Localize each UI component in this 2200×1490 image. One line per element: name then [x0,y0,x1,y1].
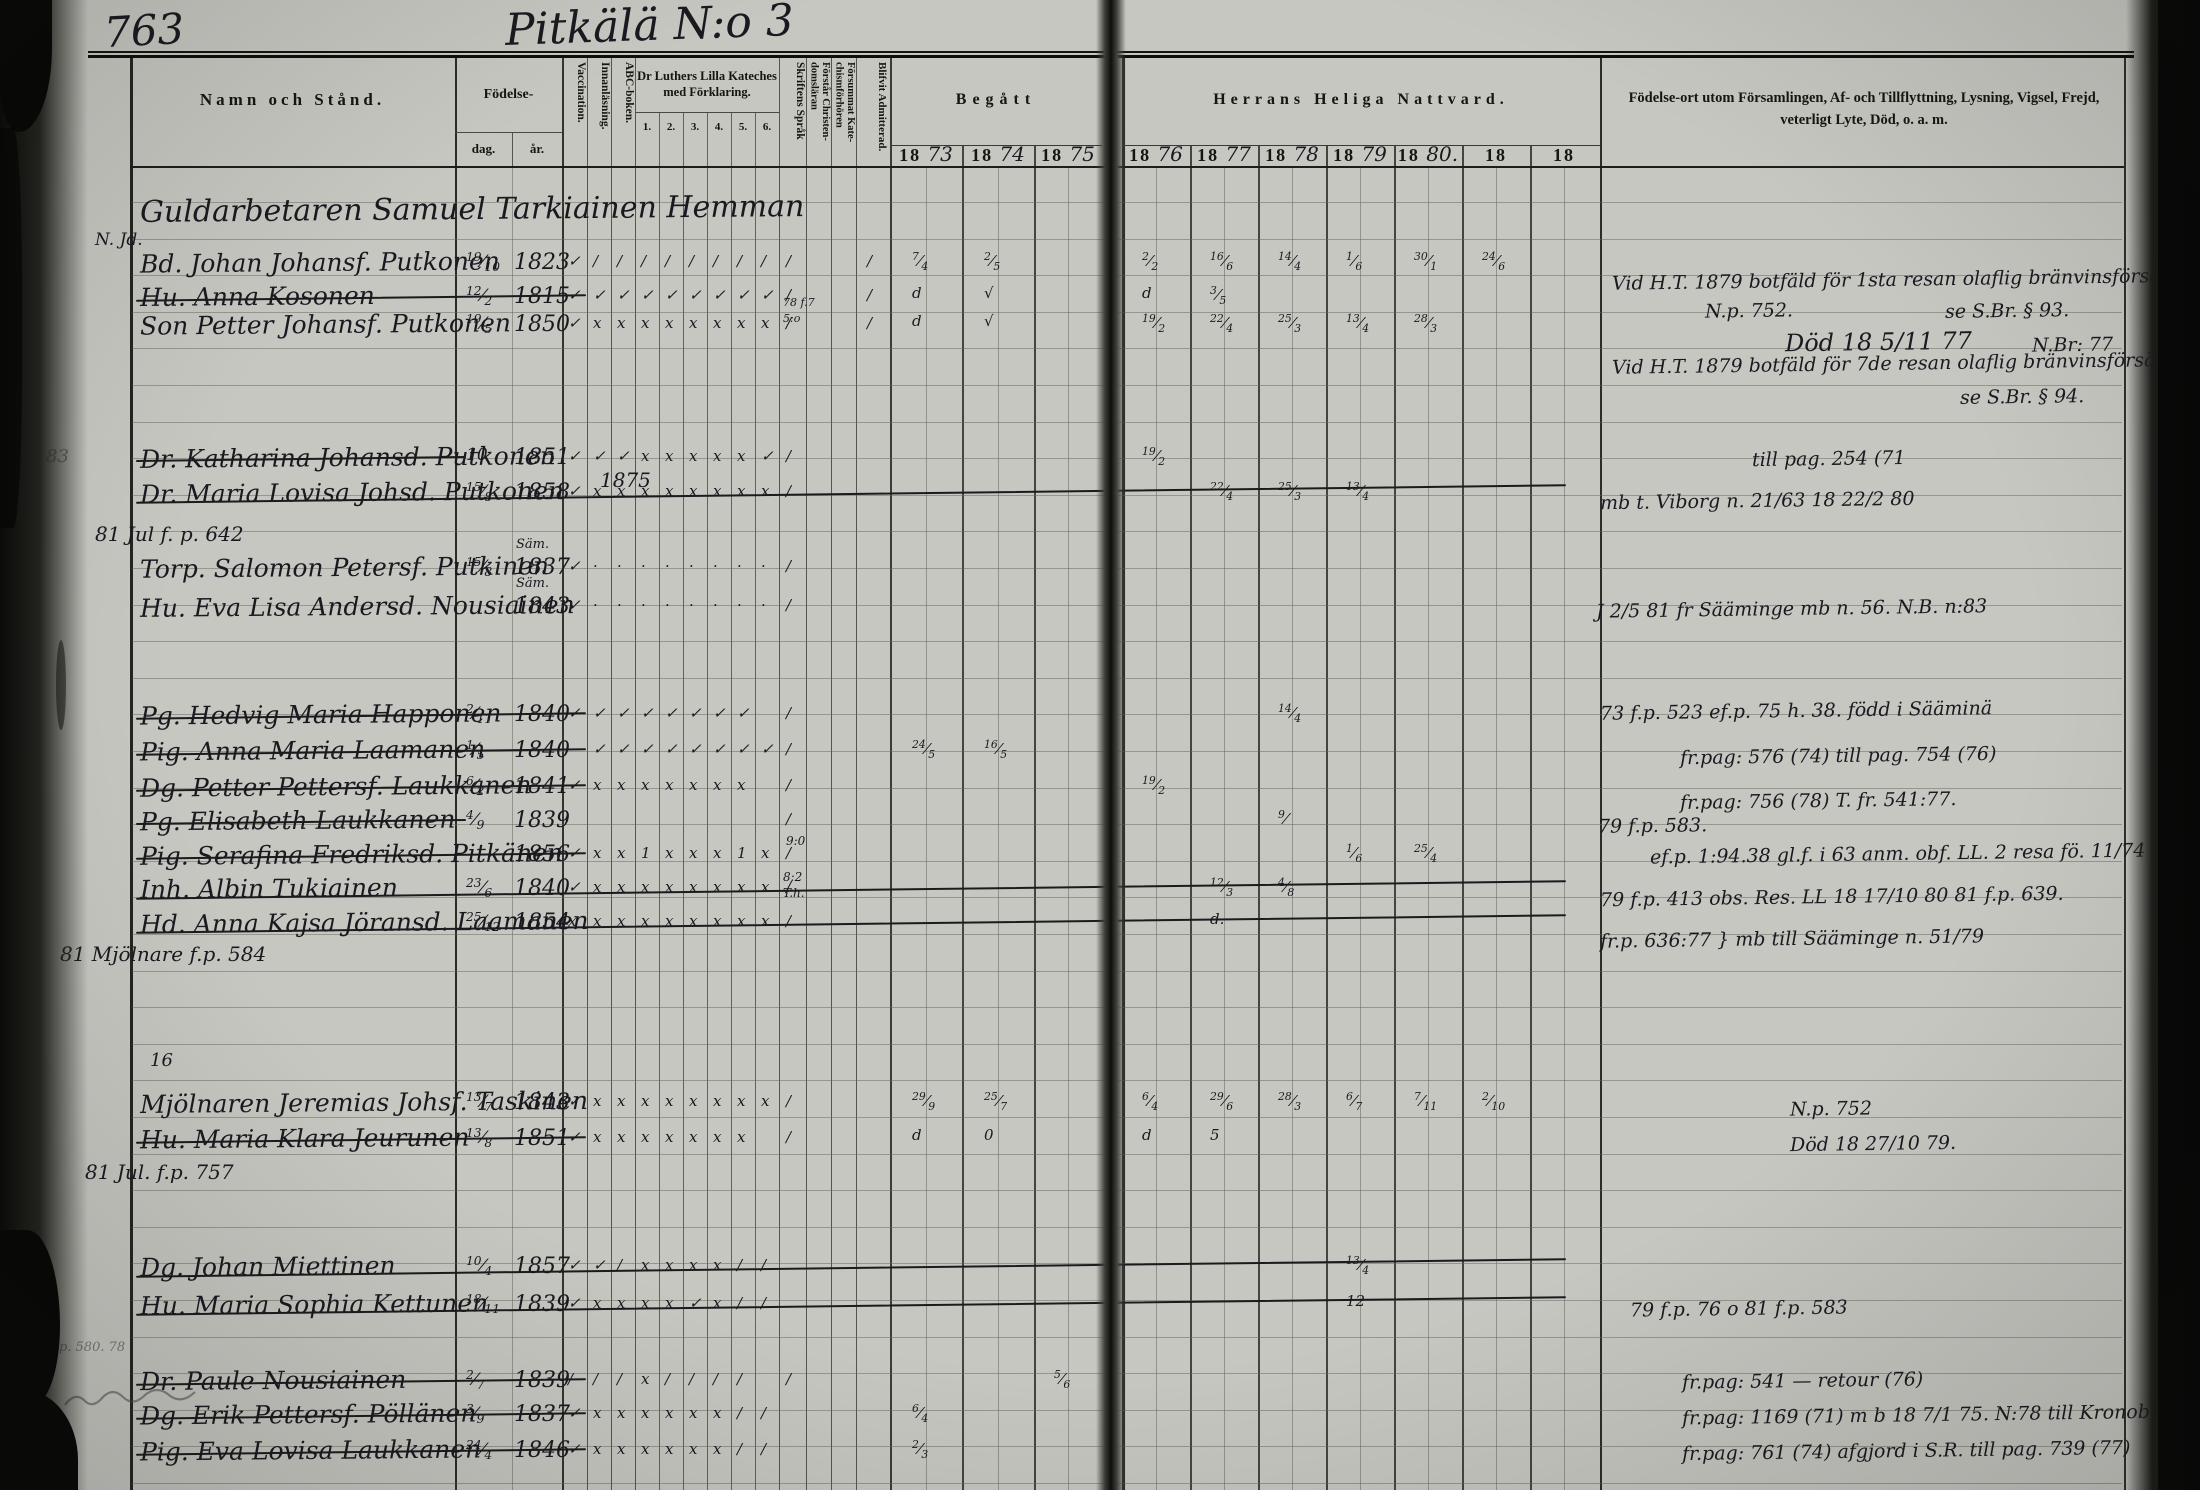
mark: x [665,482,673,500]
mark: x [689,1404,697,1422]
margin-note: 81 Mjölnare f.p. 584 [60,942,266,966]
mark: / [737,1256,742,1274]
row-name: Son Petter Johansf. Putkonen [140,308,511,340]
mark: ✓ [689,286,702,304]
mark: ✓ [761,740,774,758]
mark: x [641,1092,649,1110]
mark: x [665,844,673,862]
mark: / [867,314,872,332]
mark: x [713,482,721,500]
mark: x [737,447,745,465]
col-scripture-header: Skriftens Språk [782,62,806,166]
communion-entry: 0 [984,1126,994,1144]
grid-vline [1122,57,1125,1490]
margin-note: 81 Jul f. p. 642 [95,522,244,546]
birth-day: 15⁄8 [466,480,492,504]
year-handwritten-suffix: 80. [1420,142,1458,166]
mark: / [786,912,791,930]
grid-hline [132,1044,2122,1045]
mark: ✓ [568,447,581,465]
grid-hline [132,641,2122,642]
grid-vline [806,57,807,1490]
mark: x [593,844,601,862]
mark: / [786,557,791,575]
communion-entry: 25⁄4 [1414,842,1437,865]
mark: ✓ [568,557,581,575]
grid-hline [132,1337,2122,1338]
mark: · [593,596,598,614]
grid-vline [1600,57,1602,1490]
row-name: Dg. Johan Miettinen [140,1251,396,1282]
grid-hline [132,1483,2122,1484]
right-edge-shadow [2126,0,2200,1490]
margin-note: 83 [46,446,69,467]
mark: ✓ [641,740,654,758]
mark: / [786,482,791,500]
year-printed-prefix: 18 [1265,145,1287,165]
birth-year-note: Säm. [516,576,549,591]
communion-entry: 30⁄1 [1414,250,1437,273]
mark: ✓ [641,704,654,722]
mark: x [761,912,769,930]
mark: x [617,844,625,862]
mark: x [713,1294,721,1312]
year-header-cell: 18 [1530,142,1598,166]
mark: x [665,314,673,332]
mark: / [786,704,791,722]
grid-vline [1496,168,1497,1490]
mark: x [689,482,697,500]
communion-entry: 13⁄4 [1346,312,1369,335]
mark: x [665,1440,673,1458]
communion-entry: 28⁄3 [1414,312,1437,335]
grid-vline [1564,168,1565,1490]
mark: x [665,776,673,794]
mark: ✓ [713,286,726,304]
communion-entry: 13⁄4 [1346,1254,1369,1277]
mark: / [617,252,622,270]
mark: ✓ [761,286,774,304]
mark: x [761,1092,769,1110]
note-entry: N.p. 752 [1790,1097,1872,1120]
mark: / [786,1370,791,1388]
grid-vline [512,168,513,1490]
year-header-cell: 18 74 [964,142,1032,166]
communion-entry: d [912,312,922,330]
year-header-cell: 18 78 [1258,142,1326,166]
mark: x [665,1128,673,1146]
scan-blotch [0,1230,60,1405]
mark: ✓ [689,740,702,758]
communion-entry: 3⁄5 [1210,284,1226,307]
grid-hline [635,112,779,113]
mark: x [617,1092,625,1110]
note-entry: Vid H.T. 1879 botfäld för 7de resan olaf… [1612,347,2200,379]
grid-vline [998,168,999,1490]
mark: x [689,912,697,930]
margin-note: N. Jd. [95,230,143,250]
margin-note: 16 [150,1050,173,1071]
grid-vline [926,168,927,1490]
grid-vline [611,57,612,1490]
birth-year: 1839 [514,808,570,833]
mark: x [689,447,697,465]
birth-day: 19⁄5 [466,312,492,336]
mark: ✓ [617,704,630,722]
grid-vline [831,57,832,1490]
mark: x [641,776,649,794]
mark: / [786,776,791,794]
mark: ✓ [641,286,654,304]
mark: x [737,1092,745,1110]
grid-vline [1462,145,1464,1490]
grid-hline [132,1227,2122,1228]
grid-vline [755,112,756,1490]
mark: x [665,1404,673,1422]
mark: x [713,1128,721,1146]
mark: x [713,912,721,930]
communion-right-header: Herrans Heliga Nattvard. [1122,58,1600,142]
mark: ✓ [665,740,678,758]
communion-entry: 25⁄3 [1278,312,1301,335]
mark: x [617,314,625,332]
mark: / [786,447,791,465]
note-entry: mb t. Viborg n. 21/63 18 22/2 80 [1600,488,1915,514]
communion-entry: 24⁄6 [1482,250,1505,273]
annotation: 5:o [783,312,800,325]
communion-entry: √ [984,284,994,302]
mark: · [737,596,742,614]
col-abc-header: ABC-boken. [614,62,635,166]
communion-entry: 2⁄2 [1142,250,1158,273]
mark: / [786,252,791,270]
mark: / [761,252,766,270]
mark: · [665,557,670,575]
grid-hline [132,971,2122,972]
col-missed-header: Försummat Kate­chismförhören [831,62,856,164]
communion-entry: 25⁄7 [984,1090,1007,1113]
communion-entry: 6⁄4 [1142,1090,1158,1113]
mark: x [593,1128,601,1146]
mark: · [713,557,718,575]
mark: x [641,314,649,332]
communion-entry: 22⁄4 [1210,312,1233,335]
mark: · [617,557,622,575]
mark: ✓ [713,740,726,758]
birth-day: 15⁄8 [466,555,492,579]
mark: / [665,252,670,270]
communion-entry: 22⁄4 [1210,480,1233,503]
grid-vline [1224,168,1225,1490]
mark: x [737,878,745,896]
mark: / [737,1404,742,1422]
mark: x [617,776,625,794]
mark: x [689,844,697,862]
year-handwritten-suffix: 75 [1063,142,1095,166]
mark: x [593,1440,601,1458]
mark: ✓ [761,447,774,465]
birth-year: 1850 [514,312,570,337]
year-handwritten-suffix: 73 [921,142,953,166]
mark: ✓ [568,314,581,332]
mark: · [617,596,622,614]
communion-entry: 13⁄4 [1346,480,1369,503]
annotation: 1875 [600,468,651,492]
catechism-subcol-label: 1. [635,116,659,138]
grid-hline [455,132,562,133]
mark: x [761,844,769,862]
row-name: Guldarbetaren Samuel Tarkiainen Hemman [140,189,805,230]
scan-blotch [0,128,22,528]
mark: 1 [737,844,747,862]
mark: ✓ [617,740,630,758]
grid-vline [1394,145,1396,1490]
pencil-scribble [60,1380,220,1420]
mark: / [593,252,598,270]
mark: x [617,1128,625,1146]
communion-entry: d [1142,284,1152,302]
mark: ✓ [617,286,630,304]
mark: / [689,252,694,270]
year-header-cell: 18 80. [1394,142,1462,166]
margin-note: m f.p. 580. 78 [34,1340,125,1355]
birth-year: 1854 [514,910,570,935]
year-handwritten-suffix: 77 [1219,142,1251,166]
grid-vline [1530,145,1532,1490]
mark: x [713,314,721,332]
communion-left-header: Begått [890,58,1102,142]
note-entry: fr.pag: 1169 (71) m b 18 7/1 75. N:78 ti… [1682,1401,2183,1430]
grid-hline [130,166,2124,168]
note-entry: ef.p. 1:94.38 gl.f. i 63 anm. obf. LL. 2… [1650,840,2146,869]
year-printed-prefix: 18 [1197,145,1219,165]
mark: x [665,1256,673,1274]
communion-entry: 6⁄7 [1346,1090,1362,1113]
communion-entry: 24⁄5 [912,738,935,761]
note-entry: fr.pag: 756 (78) T. fr. 541:77. [1680,788,1957,814]
grid-hline [132,678,2122,679]
mark: ✓ [689,704,702,722]
mark: x [689,776,697,794]
mark: / [761,1440,766,1458]
mark: / [867,252,872,270]
mark: · [689,596,694,614]
communion-entry: 19⁄2 [1142,445,1165,468]
grid-vline [962,145,964,1490]
birth-day: 23⁄6 [466,876,492,900]
communion-entry: 5⁄6 [1054,1368,1070,1391]
mark: x [737,776,745,794]
grid-vline [1034,145,1036,1490]
year-printed-prefix: 18 [899,145,921,165]
mark: x [713,1256,721,1274]
mark: x [665,1092,673,1110]
mark: x [761,314,769,332]
communion-entry: 25⁄3 [1278,480,1301,503]
scan-blotch [56,640,66,730]
note-entry: se S.Br. § 94. [1960,385,2085,409]
mark: ✓ [737,286,750,304]
mark: / [737,252,742,270]
mark: x [713,1092,721,1110]
row-name: Hu. Maria Sophia Kettunen [140,1288,488,1320]
mark: / [761,1256,766,1274]
mark: x [641,1128,649,1146]
mark: x [713,844,721,862]
mark: / [689,1370,694,1388]
communion-entry: 7⁄11 [1414,1090,1437,1113]
mark: ✓ [593,740,606,758]
year-handwritten-suffix: 76 [1151,142,1183,166]
col-birth-day: dag. [455,134,512,164]
note-entry: 79 f.p. 413 obs. Res. LL 18 17/10 80 81 … [1600,883,2064,911]
year-header-cell: 18 76 [1122,142,1190,166]
grid-hline [132,531,2122,532]
communion-entry: 9⁄ [1278,808,1287,831]
communion-entry: 29⁄9 [912,1090,935,1113]
col-birth-header: Födelse- [455,58,562,132]
grid-vline [635,57,636,1490]
mark: ✓ [737,704,750,722]
page-number: 763 [103,4,186,57]
mark: x [593,314,601,332]
year-header-cell: 18 79 [1326,142,1394,166]
col-understands-header: Förstår Christen­domsläran [806,62,831,164]
grid-hline [132,422,2122,423]
mark: x [713,878,721,896]
note-entry: fr.p. 636:77 } mb till Sääminge n. 51/79 [1600,925,1984,952]
birth-day: 10 [466,445,488,465]
grid-vline [130,57,133,1490]
mark: · [761,557,766,575]
year-printed-prefix: 18 [1041,145,1063,165]
row-name: Bd. Johan Johansf. Putkonen [140,246,500,278]
grid-vline [731,112,732,1490]
grid-vline [659,112,660,1490]
mark: ✓ [665,286,678,304]
grid-vline [890,57,892,1490]
birth-day: 25⁄12 [466,910,500,934]
mark: · [761,596,766,614]
birth-year: 1823 [514,250,570,275]
communion-entry: 19⁄2 [1142,774,1165,797]
communion-entry: 6⁄4 [912,1402,928,1425]
birth-day: 4⁄9 [466,808,484,832]
birth-day: 18⁄11 [466,1292,500,1316]
mark: x [665,447,673,465]
grid-vline [1292,168,1293,1490]
communion-entry: 12 [1346,1292,1365,1310]
grid-vline [1156,168,1157,1490]
mark: / [867,286,872,304]
mark: / [786,740,791,758]
year-header-cell: 18 [1462,142,1530,166]
year-handwritten-suffix: 78 [1287,142,1319,166]
note-entry: 79 f.p. 76 o 81 f.p. 583 [1630,1296,1848,1321]
margin-note: 81 Jul. f.p. 757 [85,1160,234,1184]
row-name: Inh. Albin Tukiainen [140,873,398,904]
communion-entry: 5 [1210,1126,1220,1144]
mark: x [761,482,769,500]
birth-day: 19⁄10 [466,250,500,274]
note-entry: N.p. 752. [1705,299,1793,322]
grid-hline [132,1190,2122,1191]
note-entry: Död 18 27/10 79. [1790,1132,1956,1156]
note-entry: se S.Br. § 93. [1945,299,2070,323]
note-entry: fr.pag: 761 (74) afgjord i S.R. till pag… [1682,1437,2131,1465]
mark: / [713,252,718,270]
birth-year: 1843 [514,1090,570,1115]
mark: · [665,596,670,614]
catechism-subcol-label: 2. [659,116,683,138]
mark: ✓ [665,704,678,722]
mark: / [593,1370,598,1388]
year-printed-prefix: 18 [1333,145,1355,165]
year-printed-prefix: 18 [1485,145,1507,165]
communion-entry: 14⁄4 [1278,250,1301,273]
col-vaccination-header: Vaccination. [565,62,587,166]
mark: x [593,776,601,794]
communion-entry: 12⁄3 [1210,876,1233,899]
scanned-ledger-page: 763 Pitkälä N:o 3 Namn och Stånd. Födels… [0,0,2200,1490]
mark: x [593,1404,601,1422]
communion-entry: d [1142,1126,1152,1144]
grid-vline [1258,145,1260,1490]
mark: ✓ [689,1294,702,1312]
catechism-subcol-label: 4. [707,116,731,138]
mark: / [713,1370,718,1388]
annotation: 9:0 [786,834,805,848]
note-entry: Vid H.T. 1879 botfäld för 1sta resan ola… [1612,263,2200,295]
communion-entry: 7⁄4 [912,250,928,273]
mark: / [737,1370,742,1388]
communion-entry: 2⁄5 [984,250,1000,273]
mark: x [689,1440,697,1458]
mark: ✓ [713,704,726,722]
annotation: 78 f.7 [783,296,815,309]
note-entry: fr.pag: 576 (74) till pag. 754 (76) [1680,743,1997,769]
mark: ✓ [593,286,606,304]
mark: / [786,1128,791,1146]
year-handwritten-suffix: 79 [1355,142,1387,166]
mark: ✓ [568,596,581,614]
row-name: Dr. Maria Lovisa Johsd. Putkonen [140,476,564,509]
mark: x [689,1092,697,1110]
annotation: T.h. [783,886,805,900]
mark: · [641,557,646,575]
mark: 1 [641,844,651,862]
communion-entry: 1⁄6 [1346,250,1362,273]
mark: · [641,596,646,614]
mark: x [689,1128,697,1146]
year-printed-prefix: 18 [1129,145,1151,165]
year-printed-prefix: 18 [971,145,993,165]
birth-day: 10⁄4 [466,1254,492,1278]
grid-vline [1190,145,1192,1490]
mark: x [737,912,745,930]
year-handwritten-suffix: 74 [993,142,1025,166]
mark: x [713,1440,721,1458]
mark: / [786,596,791,614]
mark: x [713,1404,721,1422]
grid-vline [587,57,588,1490]
note-entry: fr.pag: 541 — retour (76) [1682,1368,1924,1393]
mark: / [786,1092,791,1110]
mark: / [761,1404,766,1422]
mark: x [737,1128,745,1146]
catechism-subcol-label: 6. [755,116,779,138]
grid-vline [1068,168,1069,1490]
